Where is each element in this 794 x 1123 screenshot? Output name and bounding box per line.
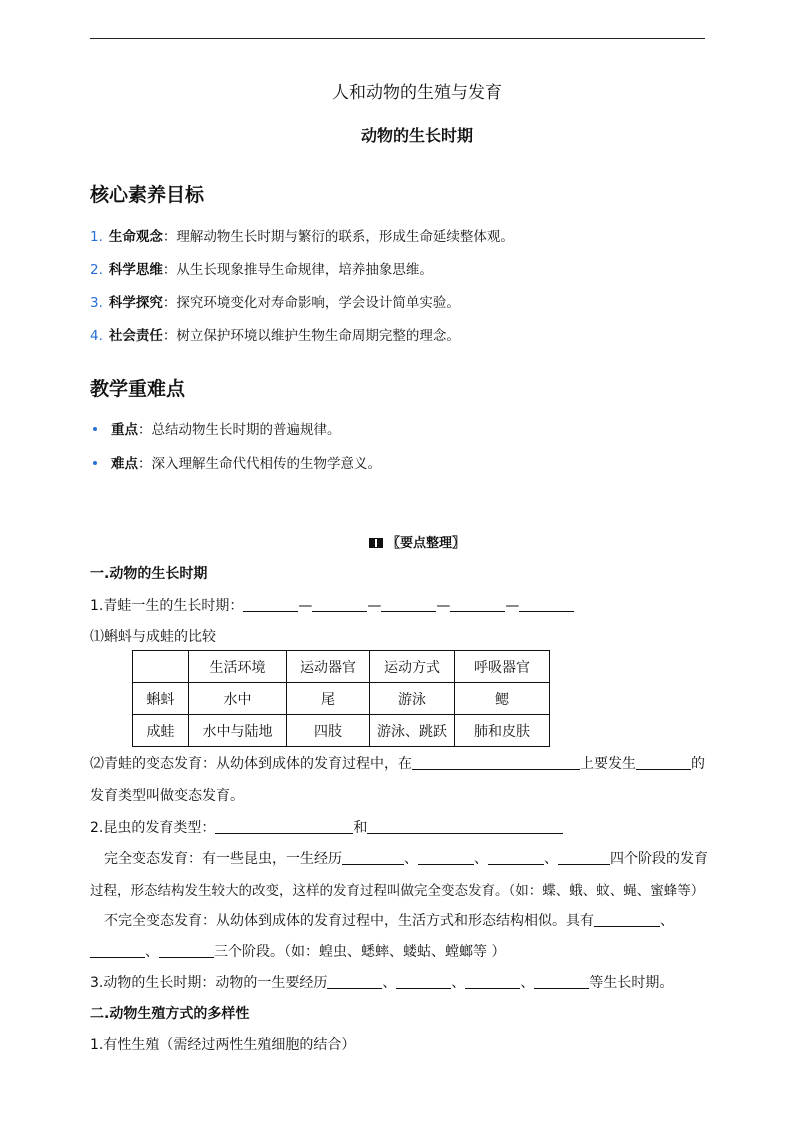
blank-field[interactable]	[412, 755, 580, 770]
key-points-label: 〖要点整理〗	[387, 536, 465, 551]
blank-field[interactable]	[488, 850, 544, 865]
table-cell: 成蛙	[133, 715, 189, 747]
blank-field[interactable]	[418, 850, 474, 865]
difficulty-text: 总结动物生长时期的普遍规律。	[152, 422, 341, 438]
blank-field[interactable]	[381, 597, 436, 612]
sep: 、	[451, 975, 465, 991]
blank-field[interactable]	[243, 597, 298, 612]
table-cell: 尾	[287, 683, 370, 715]
sep: 、	[660, 913, 674, 929]
section1-title: 一.动物的生长时期	[90, 563, 207, 583]
blank-field[interactable]	[519, 597, 574, 612]
blank-field[interactable]	[450, 597, 505, 612]
table-cell: 水中与陆地	[189, 715, 287, 747]
blank-field[interactable]	[215, 819, 353, 834]
q1-sub2-cont: 发育类型叫做变态发育。	[90, 785, 244, 805]
goals-heading: 核心素养目标	[90, 180, 204, 207]
blank-field[interactable]	[396, 974, 451, 989]
table-cell: 肺和皮肤	[455, 715, 550, 747]
table-cell: 蝌蚪	[133, 683, 189, 715]
blank-field[interactable]	[465, 974, 520, 989]
section2-title: 二.动物生殖方式的多样性	[90, 1003, 249, 1023]
blank-field[interactable]	[558, 850, 610, 865]
difficulty-sep: ：	[138, 422, 152, 438]
table-header-cell: 运动方式	[370, 651, 455, 683]
blank-field[interactable]	[90, 943, 145, 958]
goal-text: 树立保护环境以维护生物生命周期完整的理念。	[176, 328, 460, 344]
q2-text: 2.昆虫的发育类型：	[90, 820, 215, 836]
dash: —	[505, 598, 519, 614]
blank-field[interactable]	[312, 597, 367, 612]
goal-item: 4.社会责任：树立保护环境以维护生物生命周期完整的理念。	[90, 324, 460, 344]
dash: —	[367, 598, 381, 614]
incomplete-text: 三个阶段。（如：蝗虫、蟋蟀、蝼蛄、螳螂等 ）	[214, 944, 505, 960]
q1-sub2-text: 上要发生	[580, 756, 636, 772]
goal-label: 科学思维	[109, 262, 163, 278]
incomplete-text: 不完全变态发育：从幼体到成体的发育过程中，生活方式和形态结构相似。具有	[104, 913, 594, 929]
q2-text: 和	[353, 820, 367, 836]
goal-label: 科学探究	[109, 295, 163, 311]
q1-frog-stages: 1.青蛙一生的生长时期：————	[90, 595, 574, 615]
key-points-heading: 〖要点整理〗	[0, 532, 794, 551]
goal-number: 4.	[90, 328, 103, 344]
blank-field[interactable]	[534, 974, 589, 989]
comparison-table: 生活环境 运动器官 运动方式 呼吸器官 蝌蚪 水中 尾 游泳 鳃 成蛙 水中与陆…	[132, 650, 550, 747]
sep: 、	[404, 851, 418, 867]
difficulty-label: 难点	[111, 456, 138, 472]
goal-text: 理解动物生长时期与繁衍的联系，形成生命延续整体观。	[176, 229, 514, 245]
q1-sub2-text: ⑵青蛙的变态发育：从幼体到成体的发育过程中，在	[90, 756, 412, 772]
complete-metamorphosis: 完全变态发育：有一些昆虫，一生经历、、、四个阶段的发育	[104, 848, 708, 868]
book-icon	[369, 538, 383, 548]
table-cell: 水中	[189, 683, 287, 715]
difficulty-item: 重点：总结动物生长时期的普遍规律。	[90, 418, 341, 438]
goal-item: 1.生命观念：理解动物生长时期与繁衍的联系，形成生命延续整体观。	[90, 225, 514, 245]
sep: 、	[145, 944, 159, 960]
difficulty-label: 重点	[111, 422, 138, 438]
blank-field[interactable]	[327, 974, 382, 989]
table-cell: 游泳	[370, 683, 455, 715]
document-subtitle: 动物的生长时期	[0, 123, 794, 146]
goal-number: 2.	[90, 262, 103, 278]
dash: —	[436, 598, 450, 614]
incomplete-metamorphosis: 不完全变态发育：从幼体到成体的发育过程中，生活方式和形态结构相似。具有、	[104, 910, 674, 930]
document-title: 人和动物的生殖与发育	[0, 78, 794, 103]
goal-sep: ：	[163, 229, 177, 245]
blank-field[interactable]	[342, 850, 404, 865]
complete-metamorphosis-cont: 过程，形态结构发生较大的改变，这样的发育过程叫做完全变态发育。（如：蝶、蛾、蚊、…	[90, 879, 704, 899]
bullet-icon	[93, 461, 97, 465]
table-header-cell: 呼吸器官	[455, 651, 550, 683]
dash: —	[298, 598, 312, 614]
q3-growth-periods: 3.动物的生长时期：动物的一生要经历、、、等生长时期。	[90, 972, 673, 992]
difficulty-item: 难点：深入理解生命代代相传的生物学意义。	[90, 452, 381, 472]
blank-field[interactable]	[159, 943, 214, 958]
goal-number: 1.	[90, 229, 103, 245]
q1-sub2: ⑵青蛙的变态发育：从幼体到成体的发育过程中，在上要发生的	[90, 753, 705, 773]
blank-field[interactable]	[594, 912, 660, 927]
sep: 、	[544, 851, 558, 867]
section2-q1: 1.有性生殖（需经过两性生殖细胞的结合）	[90, 1034, 355, 1054]
goal-item: 2.科学思维：从生长现象推导生命规律，培养抽象思维。	[90, 258, 433, 278]
sep: 、	[382, 975, 396, 991]
bullet-icon	[93, 427, 97, 431]
q1-sub1: ⑴蝌蚪与成蛙的比较	[90, 626, 216, 646]
q2-insect-types: 2.昆虫的发育类型：和	[90, 817, 563, 837]
table-cell: 鳃	[455, 683, 550, 715]
goal-label: 社会责任	[109, 328, 163, 344]
goal-sep: ：	[163, 328, 177, 344]
header-rule	[90, 38, 705, 39]
goal-label: 生命观念	[109, 229, 163, 245]
complete-text: 完全变态发育：有一些昆虫，一生经历	[104, 851, 342, 867]
goal-number: 3.	[90, 295, 103, 311]
goal-text: 从生长现象推导生命规律，培养抽象思维。	[176, 262, 433, 278]
blank-field[interactable]	[367, 819, 563, 834]
goal-item: 3.科学探究：探究环境变化对寿命影响，学会设计简单实验。	[90, 291, 460, 311]
difficulties-heading: 教学重难点	[90, 374, 185, 401]
table-header-cell: 运动器官	[287, 651, 370, 683]
table-header-cell: 生活环境	[189, 651, 287, 683]
incomplete-metamorphosis-cont: 、三个阶段。（如：蝗虫、蟋蟀、蝼蛄、螳螂等 ）	[90, 941, 505, 961]
table-row: 蝌蚪 水中 尾 游泳 鳃	[133, 683, 550, 715]
table-header-cell	[133, 651, 189, 683]
goal-text: 探究环境变化对寿命影响，学会设计简单实验。	[176, 295, 460, 311]
q1-sub2-text: 的	[691, 756, 705, 772]
blank-field[interactable]	[636, 755, 691, 770]
table-row: 成蛙 水中与陆地 四肢 游泳、跳跃 肺和皮肤	[133, 715, 550, 747]
difficulty-text: 深入理解生命代代相传的生物学意义。	[152, 456, 382, 472]
sep: 、	[520, 975, 534, 991]
q3-text: 3.动物的生长时期：动物的一生要经历	[90, 975, 327, 991]
table-cell: 游泳、跳跃	[370, 715, 455, 747]
table-cell: 四肢	[287, 715, 370, 747]
q1-text: 1.青蛙一生的生长时期：	[90, 598, 243, 614]
difficulty-sep: ：	[138, 456, 152, 472]
table-header-row: 生活环境 运动器官 运动方式 呼吸器官	[133, 651, 550, 683]
goal-sep: ：	[163, 295, 177, 311]
q3-text: 等生长时期。	[589, 975, 673, 991]
sep: 、	[474, 851, 488, 867]
goal-sep: ：	[163, 262, 177, 278]
complete-text: 四个阶段的发育	[610, 851, 708, 867]
